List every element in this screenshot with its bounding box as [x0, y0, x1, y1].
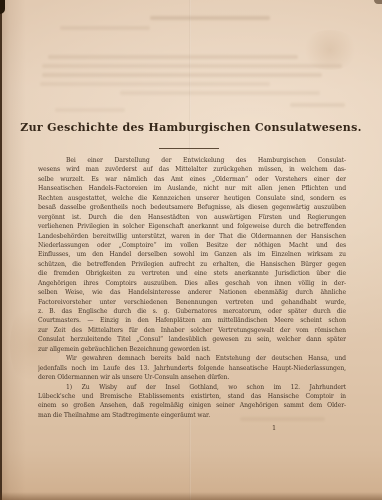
bleedthrough-text	[40, 82, 270, 86]
text-line: z. B. das Englische durch die s. g. Gube…	[38, 307, 346, 316]
photo-corner-mark	[0, 0, 5, 14]
text-line: verliehenen Privilegien in solcher Eigen…	[38, 222, 346, 231]
paper-stain	[300, 30, 360, 70]
photo-corner-mark	[374, 0, 382, 4]
text-line: jedenfalls noch im Laufe des 13. Jahrhun…	[38, 364, 346, 373]
text-line: schützen, die betreffenden Privilegien a…	[38, 260, 346, 269]
text-line: die fremden Obrigkeiten zu vertreten und…	[38, 269, 346, 278]
text-line: besaß dasselbe großentheils noch bedeuts…	[38, 203, 346, 212]
bleedthrough-text	[290, 103, 345, 107]
text-line: Landesbehörden bereitwillig unterstützt,…	[38, 232, 346, 241]
bleedthrough-text	[55, 108, 125, 112]
page-number: 1	[272, 424, 276, 432]
text-line: Courtmasters. — Einzig in den Hafenplätz…	[38, 316, 346, 325]
bleedthrough-text	[42, 73, 322, 77]
text-line: zur Zeit des Mittelalters für den Inhabe…	[38, 326, 346, 335]
page-left-edge	[0, 0, 2, 500]
page-title: Zur Geschichte des Hamburgischen Consula…	[0, 121, 382, 134]
text-line: Factoreivorsteher unter verschiedenen Be…	[38, 298, 346, 307]
text-line: zur allgemein gebräuchlichen Bezeichnung…	[38, 345, 346, 354]
scanned-book-page: Zur Geschichte des Hamburgischen Consula…	[0, 0, 382, 500]
page-bottom-shadow	[0, 492, 382, 500]
text-line: selbe wurzelt. Es war nämlich das Amt ei…	[38, 175, 346, 184]
text-line: Einflusses, um den Handel derselben sowo…	[38, 250, 346, 259]
body-text: Bei einer Darstellung der Entwickelung d…	[38, 156, 346, 420]
text-line: einem so großen Ansehen, daß regelmäßig …	[38, 401, 346, 410]
bleedthrough-text	[42, 64, 342, 68]
text-line: vergönnt ist. Durch die den Hansestädten…	[38, 213, 346, 222]
text-line: Wir gewahren demnach bereits bald nach E…	[38, 354, 346, 363]
bleedthrough-text	[48, 55, 298, 59]
text-line: Niederlassungen oder „Comptoire“ im voll…	[38, 241, 346, 250]
title-divider-rule	[159, 148, 219, 149]
bleedthrough-text	[120, 91, 320, 95]
text-line: wesens wird man zuvörderst auf das Mitte…	[38, 165, 346, 174]
text-line: deren Oldermannen wir als unsere Ur-Cons…	[38, 373, 346, 382]
bleedthrough-text	[60, 26, 150, 30]
text-line: Bei einer Darstellung der Entwickelung d…	[38, 156, 346, 165]
text-line: 1) Zu Wisby auf der Insel Gothland, wo s…	[38, 383, 346, 392]
text-line: Rechten ausgestattet, welche die Kennzei…	[38, 194, 346, 203]
text-line: selben Weise, wie das Handelsinteresse a…	[38, 288, 346, 297]
bleedthrough-text	[150, 16, 270, 20]
text-line: Consulat herzuleitende Titel „Consul“ la…	[38, 335, 346, 344]
text-line: Lübeck'sche und Bremische Etablissements…	[38, 392, 346, 401]
text-line: Hanseatischen Handels-Factoreien im Ausl…	[38, 184, 346, 193]
text-line: Angehörigen ihres Comptoirs auszuüben. D…	[38, 279, 346, 288]
text-line: man die Theilnahme am Stadtregimente ein…	[38, 411, 346, 420]
